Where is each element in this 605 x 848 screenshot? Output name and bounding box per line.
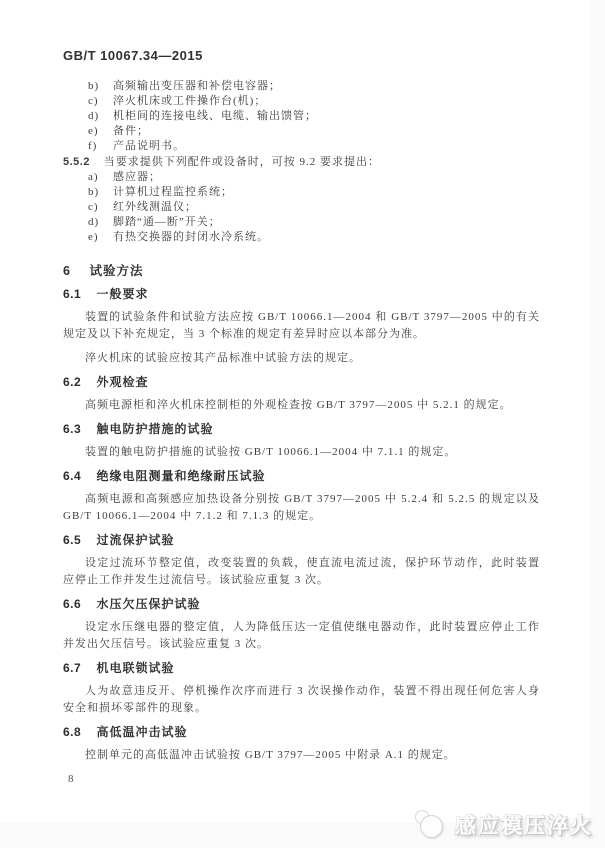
section-6-5-paragraph: 设定过流环节整定值，改变装置的负载，使直流电流过流，保护环节动作，此时装置应停止…: [63, 555, 540, 589]
list-item: c) 红外线测温仪；: [63, 200, 540, 215]
watermark-text: 感应模压淬火: [455, 810, 593, 840]
list-item-text: 有热交换器的封闭水冷系统。: [113, 230, 540, 245]
section-6-6-paragraph: 设定水压继电器的整定值，人为降低压达一定值使继电器动作，此时装置应停止工作并发出…: [63, 619, 540, 653]
section-number: 6.5: [63, 533, 81, 547]
list-item-text: 机柜间的连接电线、电缆、输出馈管；: [113, 109, 540, 124]
standard-number-header: GB/T 10067.34—2015: [63, 48, 540, 63]
list-item-marker: d): [88, 215, 113, 230]
section-title: 机电联锁试验: [97, 661, 175, 675]
deliverables-list: b) 高频输出变压器和补偿电容器； c) 淬火机床或工件操作台(机)； d) 机…: [63, 79, 540, 154]
list-item-text: 淬火机床或工件操作台(机)；: [113, 94, 540, 109]
section-number: 6.6: [63, 597, 81, 611]
section-number: 6.8: [63, 725, 81, 739]
list-item: d) 脚踏“通—断”开关；: [63, 215, 540, 230]
clause-5-5-2: 5.5.2 当要求提供下列配件或设备时，可按 9.2 要求提出：: [63, 154, 540, 170]
section-6-8-heading: 6.8 高低温冲击试验: [63, 725, 540, 740]
section-6-2-heading: 6.2 外观检查: [63, 375, 540, 390]
watermark-logo-icon: [416, 811, 446, 839]
chapter-title: 试验方法: [89, 264, 143, 278]
list-item: a) 感应器；: [63, 170, 540, 185]
clause-text: 当要求提供下列配件或设备时，可按 9.2 要求提出：: [104, 156, 380, 168]
chapter-number: 6: [63, 264, 71, 278]
list-item-marker: d): [88, 109, 113, 124]
section-6-3-heading: 6.3 触电防护措施的试验: [63, 422, 540, 437]
accessories-list: a) 感应器； b) 计算机过程监控系统； c) 红外线测温仪； d) 脚踏“通…: [63, 170, 540, 245]
page-number: 8: [68, 773, 540, 785]
list-item-text: 脚踏“通—断”开关；: [113, 215, 540, 230]
section-6-8-paragraph: 控制单元的高低温冲击试验按 GB/T 3797—2005 中附录 A.1 的规定…: [63, 747, 540, 764]
section-title: 高低温冲击试验: [97, 725, 188, 739]
list-item-marker: a): [88, 170, 113, 185]
list-item-text: 产品说明书。: [113, 139, 540, 154]
list-item-text: 感应器；: [113, 170, 540, 185]
section-6-5-heading: 6.5 过流保护试验: [63, 533, 540, 548]
section-number: 6.3: [63, 422, 81, 436]
list-item: e) 有热交换器的封闭水冷系统。: [63, 230, 540, 245]
list-item: b) 高频输出变压器和补偿电容器；: [63, 79, 540, 94]
watermark-logo-part: [421, 816, 442, 837]
section-6-7-paragraph: 人为故意违反开、停机操作次序而进行 3 次误操作动作，装置不得出现任何危害人身安…: [63, 683, 540, 717]
watermark: 感应模压淬火: [416, 810, 593, 840]
page-content: GB/T 10067.34—2015 b) 高频输出变压器和补偿电容器； c) …: [63, 48, 540, 785]
list-item-text: 高频输出变压器和补偿电容器；: [113, 79, 540, 94]
list-item-text: 计算机过程监控系统；: [113, 185, 540, 200]
section-title: 外观检查: [97, 375, 149, 389]
list-item-marker: c): [88, 200, 113, 215]
section-title: 绝缘电阻测量和绝缘耐压试验: [97, 469, 266, 483]
list-item-text: 备件；: [113, 124, 540, 139]
section-title: 水压欠压保护试验: [97, 597, 201, 611]
section-6-7-heading: 6.7 机电联锁试验: [63, 661, 540, 676]
list-item: c) 淬火机床或工件操作台(机)；: [63, 94, 540, 109]
section-number: 6.4: [63, 469, 81, 483]
page-right-gutter: [590, 0, 605, 848]
section-number: 6.1: [63, 287, 81, 301]
section-title: 触电防护措施的试验: [97, 422, 214, 436]
list-item-marker: f): [88, 139, 113, 154]
section-number: 6.7: [63, 661, 81, 675]
list-item: e) 备件；: [63, 124, 540, 139]
chapter-6-heading: 6 试验方法: [63, 263, 540, 279]
section-6-4-paragraph: 高频电源和高频感应加热设备分别按 GB/T 3797—2005 中 5.2.4 …: [63, 491, 540, 525]
list-item-marker: c): [88, 94, 113, 109]
list-item: d) 机柜间的连接电线、电缆、输出馈管；: [63, 109, 540, 124]
list-item: b) 计算机过程监控系统；: [63, 185, 540, 200]
section-6-1-paragraph: 淬火机床的试验应按其产品标准中试验方法的规定。: [63, 350, 540, 367]
list-item-marker: b): [88, 185, 113, 200]
list-item-marker: e): [88, 230, 113, 245]
section-title: 一般要求: [97, 287, 149, 301]
document-page: GB/T 10067.34—2015 b) 高频输出变压器和补偿电容器； c) …: [0, 0, 605, 848]
list-item-text: 红外线测温仪；: [113, 200, 540, 215]
section-6-4-heading: 6.4 绝缘电阻测量和绝缘耐压试验: [63, 469, 540, 484]
section-6-2-paragraph: 高频电源柜和淬火机床控制柜的外观检查按 GB/T 3797—2005 中 5.2…: [63, 397, 540, 414]
section-6-6-heading: 6.6 水压欠压保护试验: [63, 597, 540, 612]
section-6-1-paragraph: 装置的试验条件和试验方法应按 GB/T 10066.1—2004 和 GB/T …: [63, 309, 540, 343]
list-item-marker: b): [88, 79, 113, 94]
section-title: 过流保护试验: [97, 533, 175, 547]
list-item: f) 产品说明书。: [63, 139, 540, 154]
section-6-1-heading: 6.1 一般要求: [63, 287, 540, 302]
section-number: 6.2: [63, 375, 81, 389]
list-item-marker: e): [88, 124, 113, 139]
clause-number: 5.5.2: [63, 156, 90, 168]
section-6-3-paragraph: 装置的触电防护措施的试验按 GB/T 10066.1—2004 中 7.1.1 …: [63, 444, 540, 461]
